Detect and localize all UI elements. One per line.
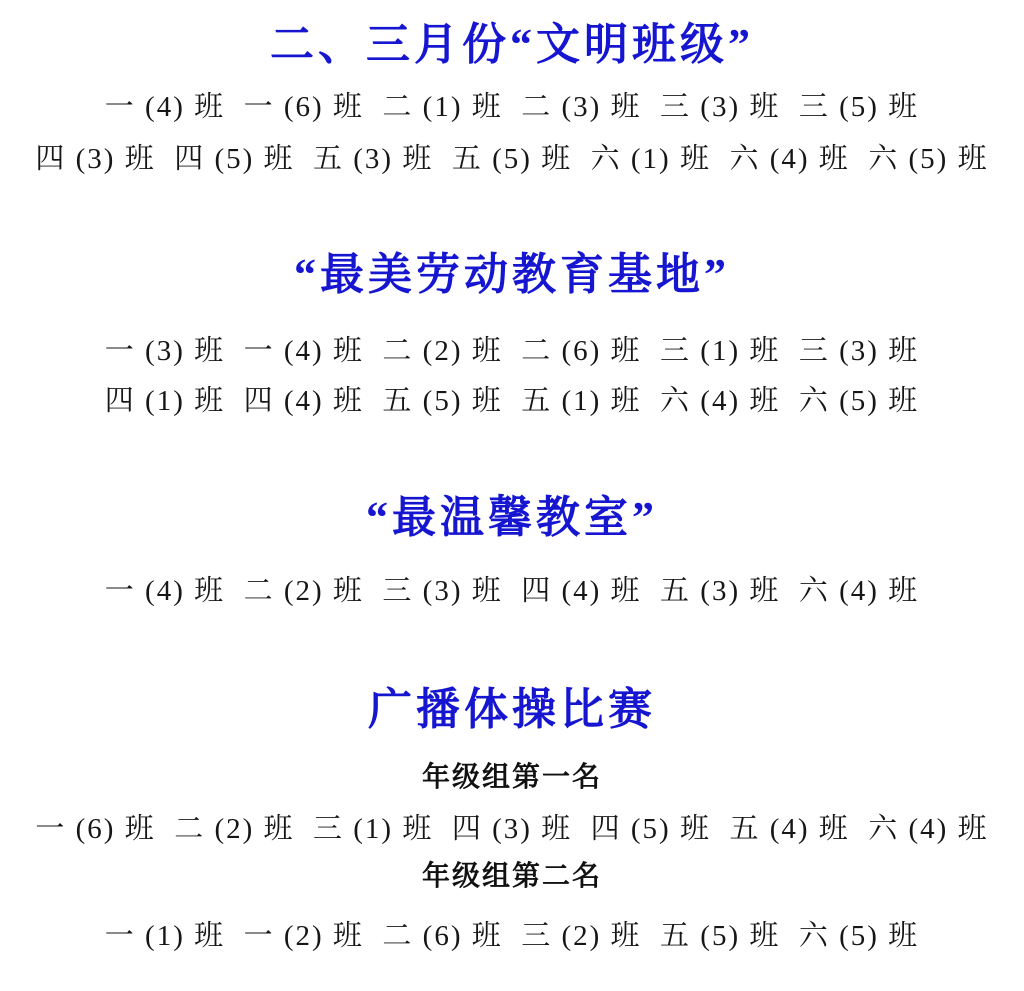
- section-coziest-classroom: “最温馨教室” 一 (4) 班 二 (2) 班 三 (3) 班 四 (4) 班 …: [0, 489, 1024, 608]
- section-title-labor-education-base: “最美劳动教育基地”: [0, 246, 1024, 303]
- section-civilized-class: 二、三月份“文明班级” 一 (4) 班 一 (6) 班 二 (1) 班 二 (3…: [0, 16, 1024, 178]
- section-labor-education-base: “最美劳动教育基地” 一 (3) 班 一 (4) 班 二 (2) 班 二 (6)…: [0, 246, 1024, 420]
- section-title-gymnastics-competition: 广播体操比赛: [0, 681, 1024, 738]
- award-line: 一 (3) 班 一 (4) 班 二 (2) 班 二 (6) 班 三 (1) 班 …: [0, 333, 1024, 369]
- award-line: 一 (6) 班 二 (2) 班 三 (1) 班 四 (3) 班 四 (5) 班 …: [0, 811, 1024, 847]
- award-line: 一 (4) 班 二 (2) 班 三 (3) 班 四 (4) 班 五 (3) 班 …: [0, 573, 1024, 609]
- subtitle-grade-group-second-place: 年级组第二名: [0, 859, 1024, 894]
- subtitle-grade-group-first-place: 年级组第一名: [0, 760, 1024, 795]
- award-line: 四 (3) 班 四 (5) 班 五 (3) 班 五 (5) 班 六 (1) 班 …: [0, 141, 1024, 177]
- award-line: 四 (1) 班 四 (4) 班 五 (5) 班 五 (1) 班 六 (4) 班 …: [0, 383, 1024, 419]
- award-line: 一 (4) 班 一 (6) 班 二 (1) 班 二 (3) 班 三 (3) 班 …: [0, 89, 1024, 125]
- section-gymnastics-competition: 广播体操比赛 年级组第一名 一 (6) 班 二 (2) 班 三 (1) 班 四 …: [0, 681, 1024, 955]
- section-title-civilized-class: 二、三月份“文明班级”: [0, 16, 1024, 73]
- section-title-coziest-classroom: “最温馨教室”: [0, 489, 1024, 546]
- award-line: 一 (1) 班 一 (2) 班 二 (6) 班 三 (2) 班 五 (5) 班 …: [0, 918, 1024, 954]
- document-page: 二、三月份“文明班级” 一 (4) 班 一 (6) 班 二 (1) 班 二 (3…: [0, 0, 1024, 991]
